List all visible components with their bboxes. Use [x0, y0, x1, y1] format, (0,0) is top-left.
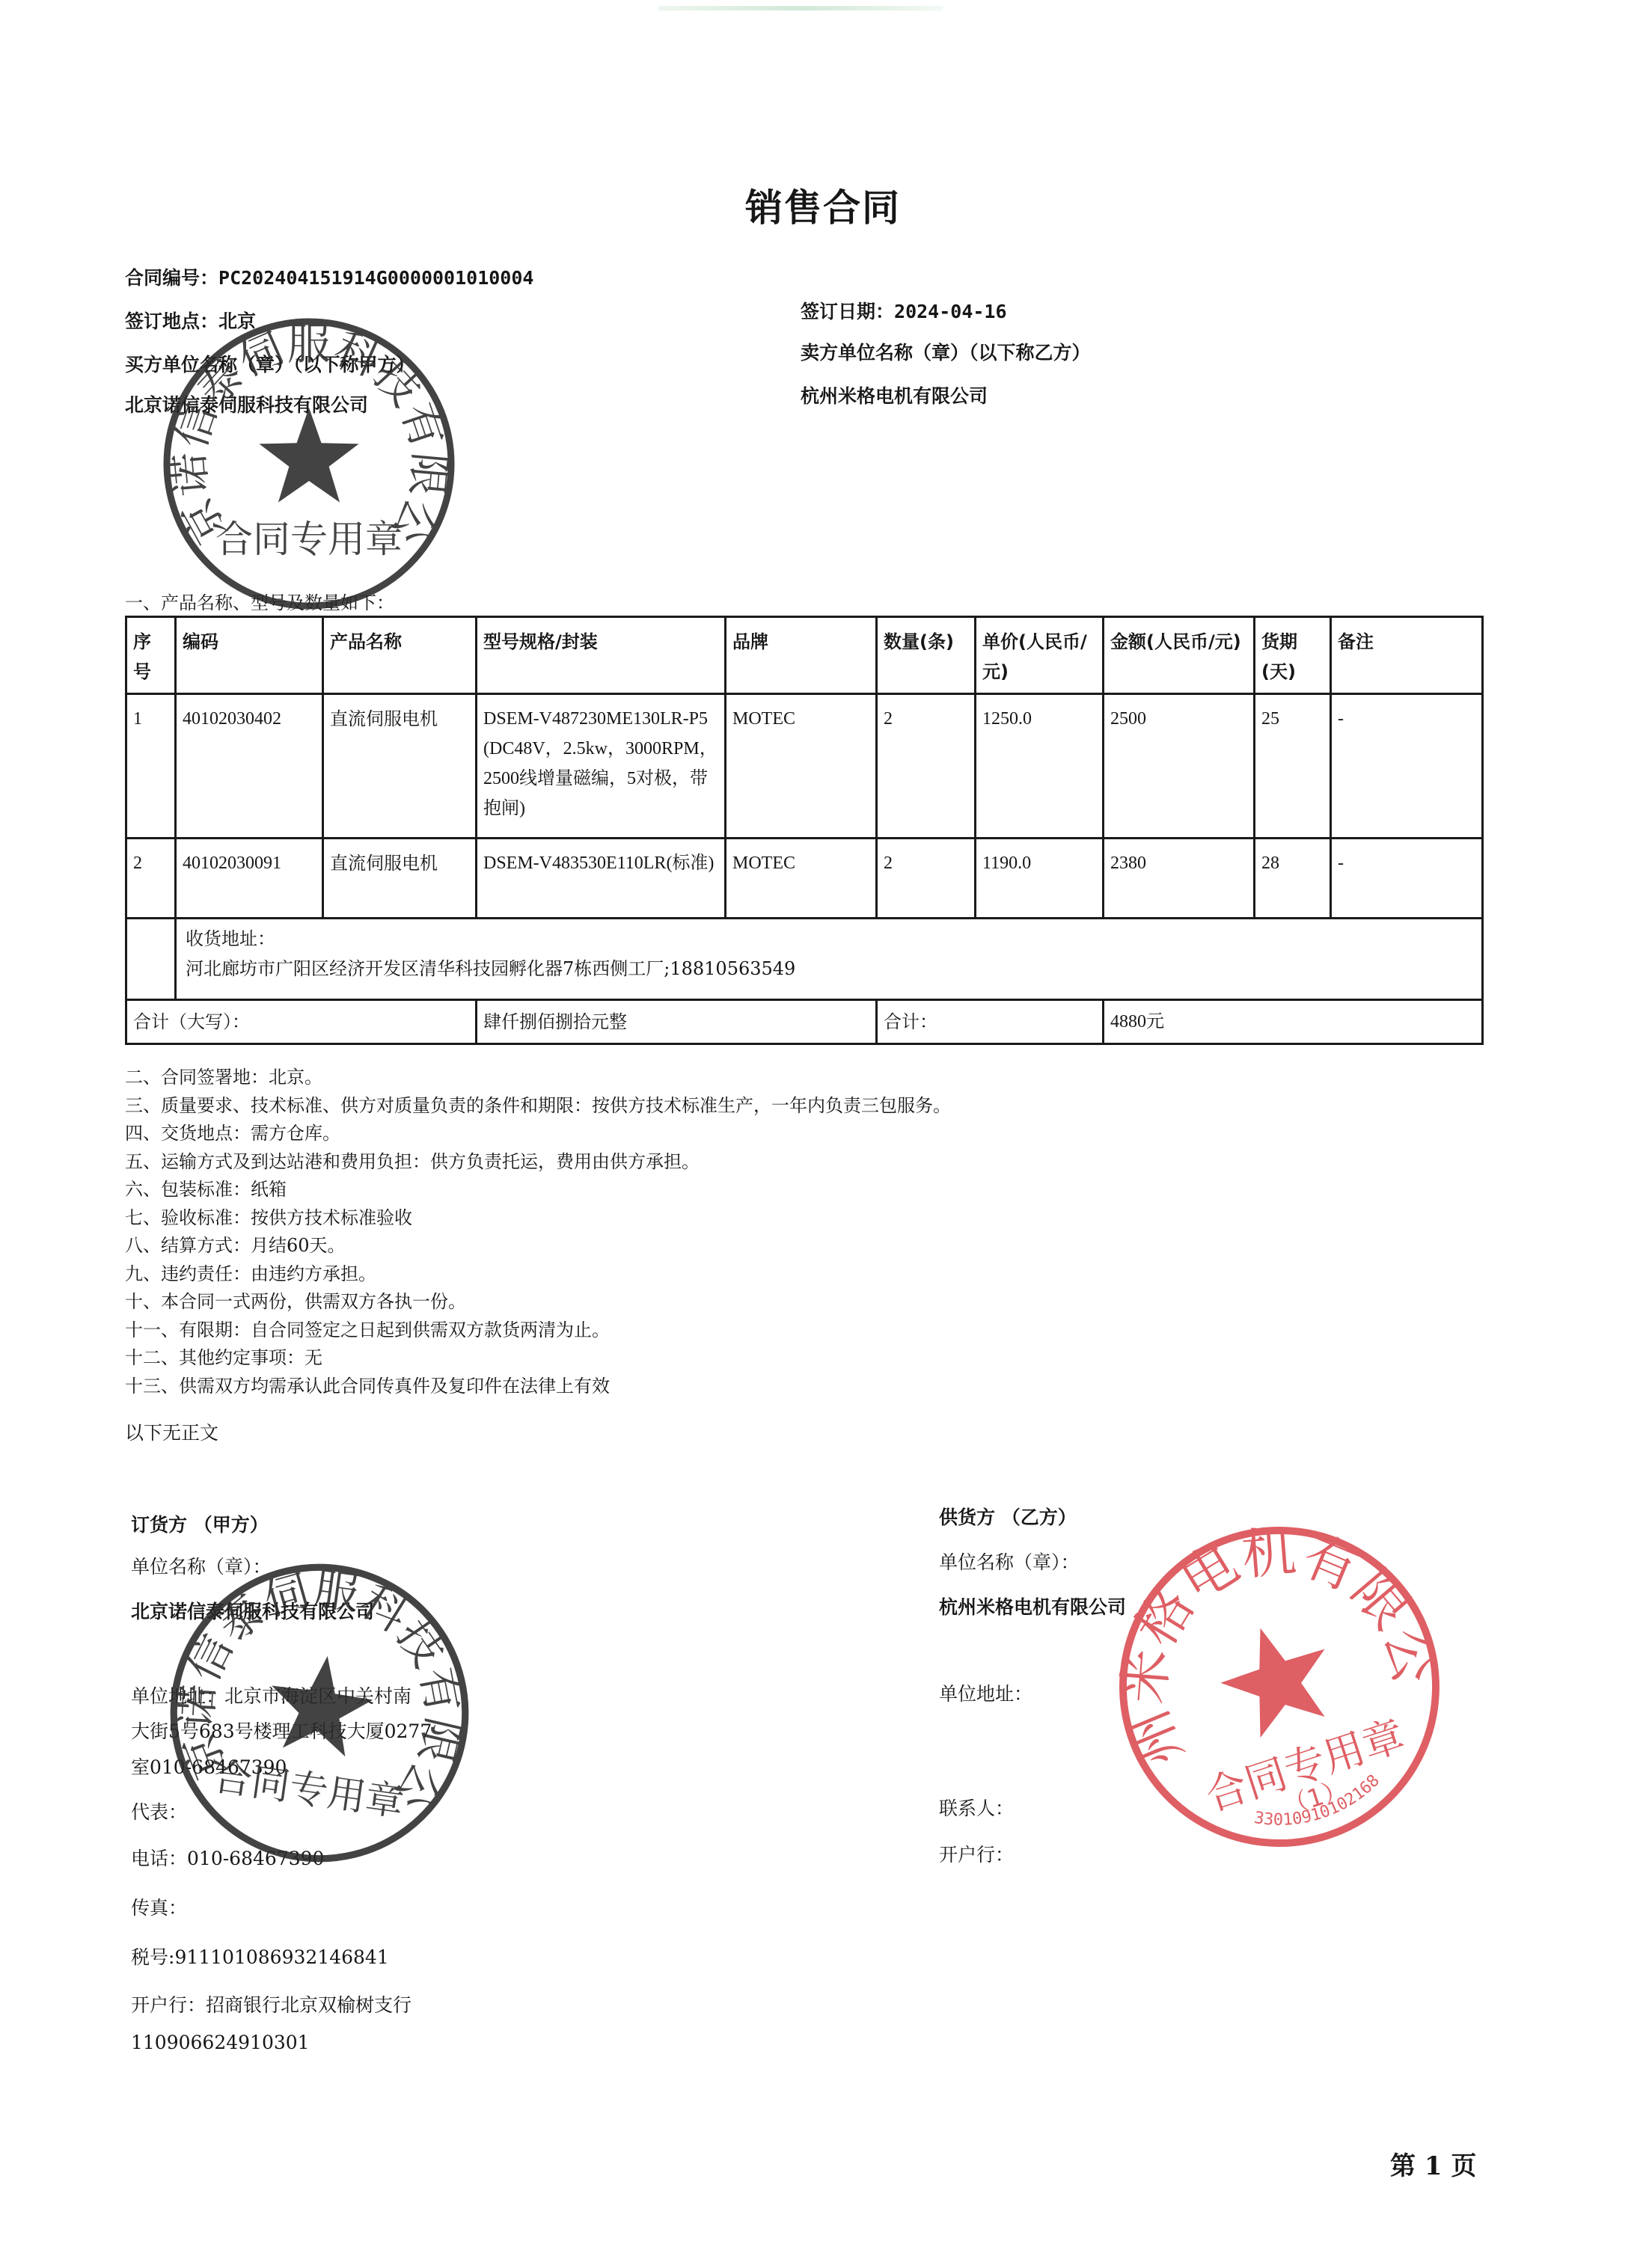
col-header-unit-price: 单价(人民币/元) [976, 617, 1104, 694]
cell-remark: - [1331, 839, 1483, 919]
buyer-label: 买方单位名称（章）（以下称甲方） [125, 350, 415, 377]
buyer-address-line-2: 大街5号683号楼理工科技大厦0277 [131, 1720, 432, 1743]
sign-date-label: 签订日期： [801, 301, 894, 322]
buyer-name-label: 单位名称（章）： [131, 1556, 272, 1578]
buyer-address-line-1: 单位地址：北京市海淀区中关村南 [131, 1685, 411, 1708]
delivery-address-cell: 收货地址： 河北廊坊市广阳区经济开发区清华科技园孵化器7栋西侧工厂;188105… [176, 919, 1483, 1000]
seller-block-heading: 供货方 （乙方） [939, 1507, 1077, 1529]
clause-2: 二、合同签署地：北京。 [125, 1064, 951, 1092]
contract-number-value: PC202404151914G0000001010004 [218, 267, 533, 289]
col-header-lead-time: 货期(天) [1255, 617, 1331, 694]
cell-unit-price: 1250.0 [976, 694, 1104, 839]
cell-spec: DSEM-V483530E110LR(标准) [477, 839, 726, 919]
seller-name: 杭州米格电机有限公司 [801, 381, 988, 408]
col-header-spec: 型号规格/封装 [477, 617, 726, 694]
delivery-address-row: 收货地址： 河北廊坊市广阳区经济开发区清华科技园孵化器7栋西侧工厂;188105… [126, 919, 1483, 1000]
buyer-tax: 税号:911101086932146841 [131, 1946, 389, 1969]
contract-number-label: 合同编号： [125, 267, 218, 289]
svg-text:合同专用章: 合同专用章 [1200, 1711, 1410, 1820]
cell-brand: MOTEC [726, 839, 877, 919]
table-row: 1 40102030402 直流伺服电机 DSEM-V487230ME130LR… [126, 694, 1483, 839]
seller-bank-label: 开户行： [939, 1844, 1014, 1866]
cell-name: 直流伺服电机 [323, 694, 477, 839]
col-header-name: 产品名称 [323, 617, 477, 694]
total-value: 4880元 [1104, 1000, 1483, 1044]
buyer-address-line-3: 室010-68467390 [131, 1756, 287, 1779]
sign-place: 签订地点：北京 [125, 307, 256, 334]
sign-date: 签订日期：2024-04-16 [801, 297, 1007, 324]
total-upper-label: 合计（大写）： [126, 1000, 477, 1044]
cell-name: 直流伺服电机 [323, 839, 477, 919]
seller-company-name: 杭州米格电机有限公司 [939, 1596, 1126, 1619]
cell-qty: 2 [877, 694, 976, 839]
col-header-no: 序号 [126, 617, 176, 694]
cell-code: 40102030091 [176, 839, 323, 919]
end-note: 以下无正文 [125, 1418, 218, 1445]
cell-spec: DSEM-V487230ME130LR-P5(DC48V，2.5kw，3000R… [477, 694, 726, 839]
col-header-qty: 数量(条) [877, 617, 976, 694]
clause-10: 十、本合同一式两份，供需双方各执一份。 [125, 1288, 951, 1317]
buyer-phone-label: 电话： [131, 1848, 187, 1869]
buyer-fax-label: 传真： [131, 1897, 187, 1919]
seller-seal-stamp: 杭州米格电机有限公司合同专用章（1）33010910102168 [1115, 1522, 1444, 1851]
seller-contact-label: 联系人： [939, 1797, 1014, 1820]
products-table: 序号 编码 产品名称 型号规格/封装 品牌 数量(条) 单价(人民币/元) 金额… [125, 616, 1484, 1045]
buyer-account: 110906624910301 [131, 2032, 310, 2054]
page-number: 第 1 页 [1390, 2145, 1476, 2182]
total-label: 合计： [877, 1000, 1104, 1044]
clause-3: 三、质量要求、技术标准、供方对质量负责的条件和期限：按供方技术标准生产，一年内负… [125, 1092, 951, 1121]
svg-text:（1）: （1） [1280, 1774, 1351, 1821]
contract-clauses: 二、合同签署地：北京。 三、质量要求、技术标准、供方对质量负责的条件和期限：按供… [125, 1064, 951, 1400]
col-header-brand: 品牌 [726, 617, 877, 694]
table-row: 2 40102030091 直流伺服电机 DSEM-V483530E110LR(… [126, 839, 1483, 919]
sign-date-value: 2024-04-16 [894, 301, 1007, 322]
table-header-row: 序号 编码 产品名称 型号规格/封装 品牌 数量(条) 单价(人民币/元) 金额… [126, 617, 1483, 694]
clause-4: 四、交货地点：需方仓库。 [125, 1120, 951, 1148]
scan-artifact [658, 6, 943, 10]
sign-place-label: 签订地点： [125, 310, 218, 332]
buyer-bank-value: 招商银行北京双榆树支行 [206, 1994, 411, 2016]
clause-13: 十三、供需双方均需承认此合同传真件及复印件在法律上有效 [125, 1373, 951, 1401]
seller-name-label: 单位名称（章）： [939, 1551, 1080, 1574]
cell-remark: - [1331, 694, 1483, 839]
cell-no: 1 [126, 694, 176, 839]
clause-11: 十一、有限期：自合同签定之日起到供需双方款货两清为止。 [125, 1317, 951, 1345]
cell-unit-price: 1190.0 [976, 839, 1104, 919]
delivery-address-label: 收货地址： [186, 924, 1475, 954]
buyer-company-name: 北京诺信泰伺服科技有限公司 [131, 1601, 374, 1623]
cell-brand: MOTEC [726, 694, 877, 839]
buyer-block-heading: 订货方 （甲方） [131, 1514, 269, 1536]
buyer-phone: 电话：010-68467390 [131, 1848, 324, 1870]
buyer-tax-label: 税号: [131, 1946, 174, 1968]
contract-number: 合同编号：PC202404151914G0000001010004 [125, 263, 533, 290]
clause-8: 八、结算方式：月结60天。 [125, 1232, 951, 1260]
cell-code: 40102030402 [176, 694, 323, 839]
cell-empty [126, 919, 176, 1000]
cell-no: 2 [126, 839, 176, 919]
buyer-name: 北京诺信泰伺服科技有限公司 [125, 390, 368, 417]
document-title: 销售合同 [0, 178, 1646, 232]
total-upper-value: 肆仟捌佰捌拾元整 [477, 1000, 877, 1044]
section-1-heading: 一、产品名称、型号及数量如下： [125, 588, 394, 614]
buyer-rep-label: 代表： [131, 1801, 187, 1824]
cell-qty: 2 [877, 839, 976, 919]
clause-7: 七、验收标准：按供方技术标准验收 [125, 1204, 951, 1233]
cell-amount: 2500 [1104, 694, 1255, 839]
col-header-remark: 备注 [1331, 617, 1483, 694]
buyer-bank: 开户行：招商银行北京双榆树支行 [131, 1994, 411, 2017]
clause-9: 九、违约责任：由违约方承担。 [125, 1260, 951, 1289]
cell-lead-time: 25 [1255, 694, 1331, 839]
clause-12: 十二、其他约定事项：无 [125, 1344, 951, 1373]
cell-lead-time: 28 [1255, 839, 1331, 919]
total-row: 合计（大写）： 肆仟捌佰捌拾元整 合计： 4880元 [126, 1000, 1483, 1044]
buyer-tax-value: 911101086932146841 [174, 1946, 388, 1968]
seller-address-label: 单位地址： [939, 1683, 1032, 1705]
delivery-address-value: 河北廊坊市广阳区经济开发区清华科技园孵化器7栋西侧工厂;18810563549 [186, 954, 1475, 984]
svg-text:33010910102168: 33010910102168 [1248, 1769, 1389, 1844]
cell-amount: 2380 [1104, 839, 1255, 919]
seller-label: 卖方单位名称（章）（以下称乙方） [801, 338, 1091, 365]
col-header-amount: 金额(人民币/元) [1104, 617, 1255, 694]
buyer-phone-value: 010-68467390 [187, 1848, 324, 1869]
svg-text:合同专用章: 合同专用章 [215, 518, 403, 561]
clause-6: 六、包装标准：纸箱 [125, 1176, 951, 1204]
sign-place-value: 北京 [218, 310, 256, 332]
buyer-bank-label: 开户行： [131, 1994, 206, 2016]
clause-5: 五、运输方式及到达站港和费用负担：供方负责托运，费用由供方承担。 [125, 1148, 951, 1177]
col-header-code: 编码 [176, 617, 323, 694]
